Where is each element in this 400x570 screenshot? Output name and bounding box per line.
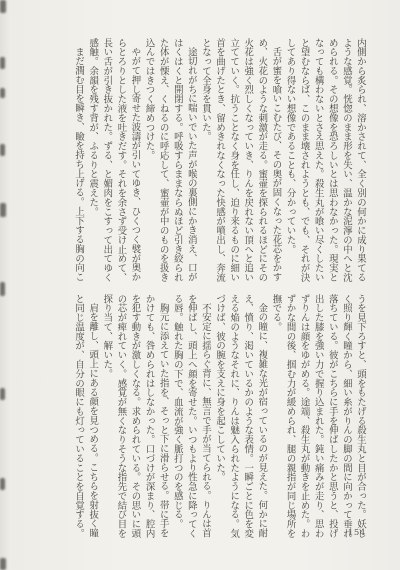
scan-artifact xyxy=(0,282,5,296)
paragraph: うを見下ろすと、頭をもたげる殺生丸と目が合った。妖しく照り輝く瞳から、細い糸がり… xyxy=(268,294,367,544)
paragraph: 舌が蜜を喰いこむたび、その奥が固くなった花芯をかすめ、火花のような刺激が走る。蜜… xyxy=(198,38,283,288)
paragraph: まだ潤む目を瞬き、瞼を持ち上げる。上下する胸の向こ xyxy=(71,38,85,288)
scan-artifact xyxy=(0,388,5,400)
scan-artifact xyxy=(0,88,5,98)
paragraph: 金の瞳に、複雑な光が宿っているのが見えた。何かに耐え、憤り、渇いているかのような… xyxy=(212,294,268,544)
scan-artifact xyxy=(0,478,5,490)
page-text-block-bottom: うを見下ろすと、頭をもたげる殺生丸と目が合った。妖しく照り輝く瞳から、細い糸がり… xyxy=(71,294,367,544)
scan-artifact xyxy=(0,0,6,13)
scan-artifact xyxy=(0,203,6,217)
scan-artifact xyxy=(0,144,5,156)
scanned-page: 内側から炙られ、溶かされて、全く別の何かに成り果てるような感覚。恍惚のまま形を失… xyxy=(0,0,400,570)
page-text-block-top: 内側から炙られ、溶かされて、全く別の何かに成り果てるような感覚。恍惚のまま形を失… xyxy=(71,38,367,288)
paragraph: 肩を離し、頭上にある顔を見つめる。こちらを射抜く瞳と同じ温度が、自分の眼にも灯っ… xyxy=(71,294,99,544)
scan-artifact xyxy=(0,558,6,570)
page-number: 154 xyxy=(348,528,366,538)
scan-artifact xyxy=(0,57,5,69)
paragraph: 不安定に揺らぐ背に、無言で手が当てられる。りんは首を伸ばし、頭上へ顔を寄せた。い… xyxy=(170,294,212,544)
paragraph: 途切れがちに喘いでいた声が喉の裏側にかき消え、口がはくはくと開閉する。呼吸すらま… xyxy=(142,38,198,288)
paragraph: 胸元に添えていた指を、そっと下に滑らせる。帯に手をかけても、咎められはしなかった… xyxy=(99,294,169,544)
paragraph: やがて押し寄せた波濤が引いてゆき、ひくつく襞が奥からとろりとした液を吐きだす。そ… xyxy=(85,38,141,288)
paragraph: 内側から炙られ、溶かされて、全く別の何かに成り果てるような感覚。恍惚のまま形を失… xyxy=(282,38,367,288)
